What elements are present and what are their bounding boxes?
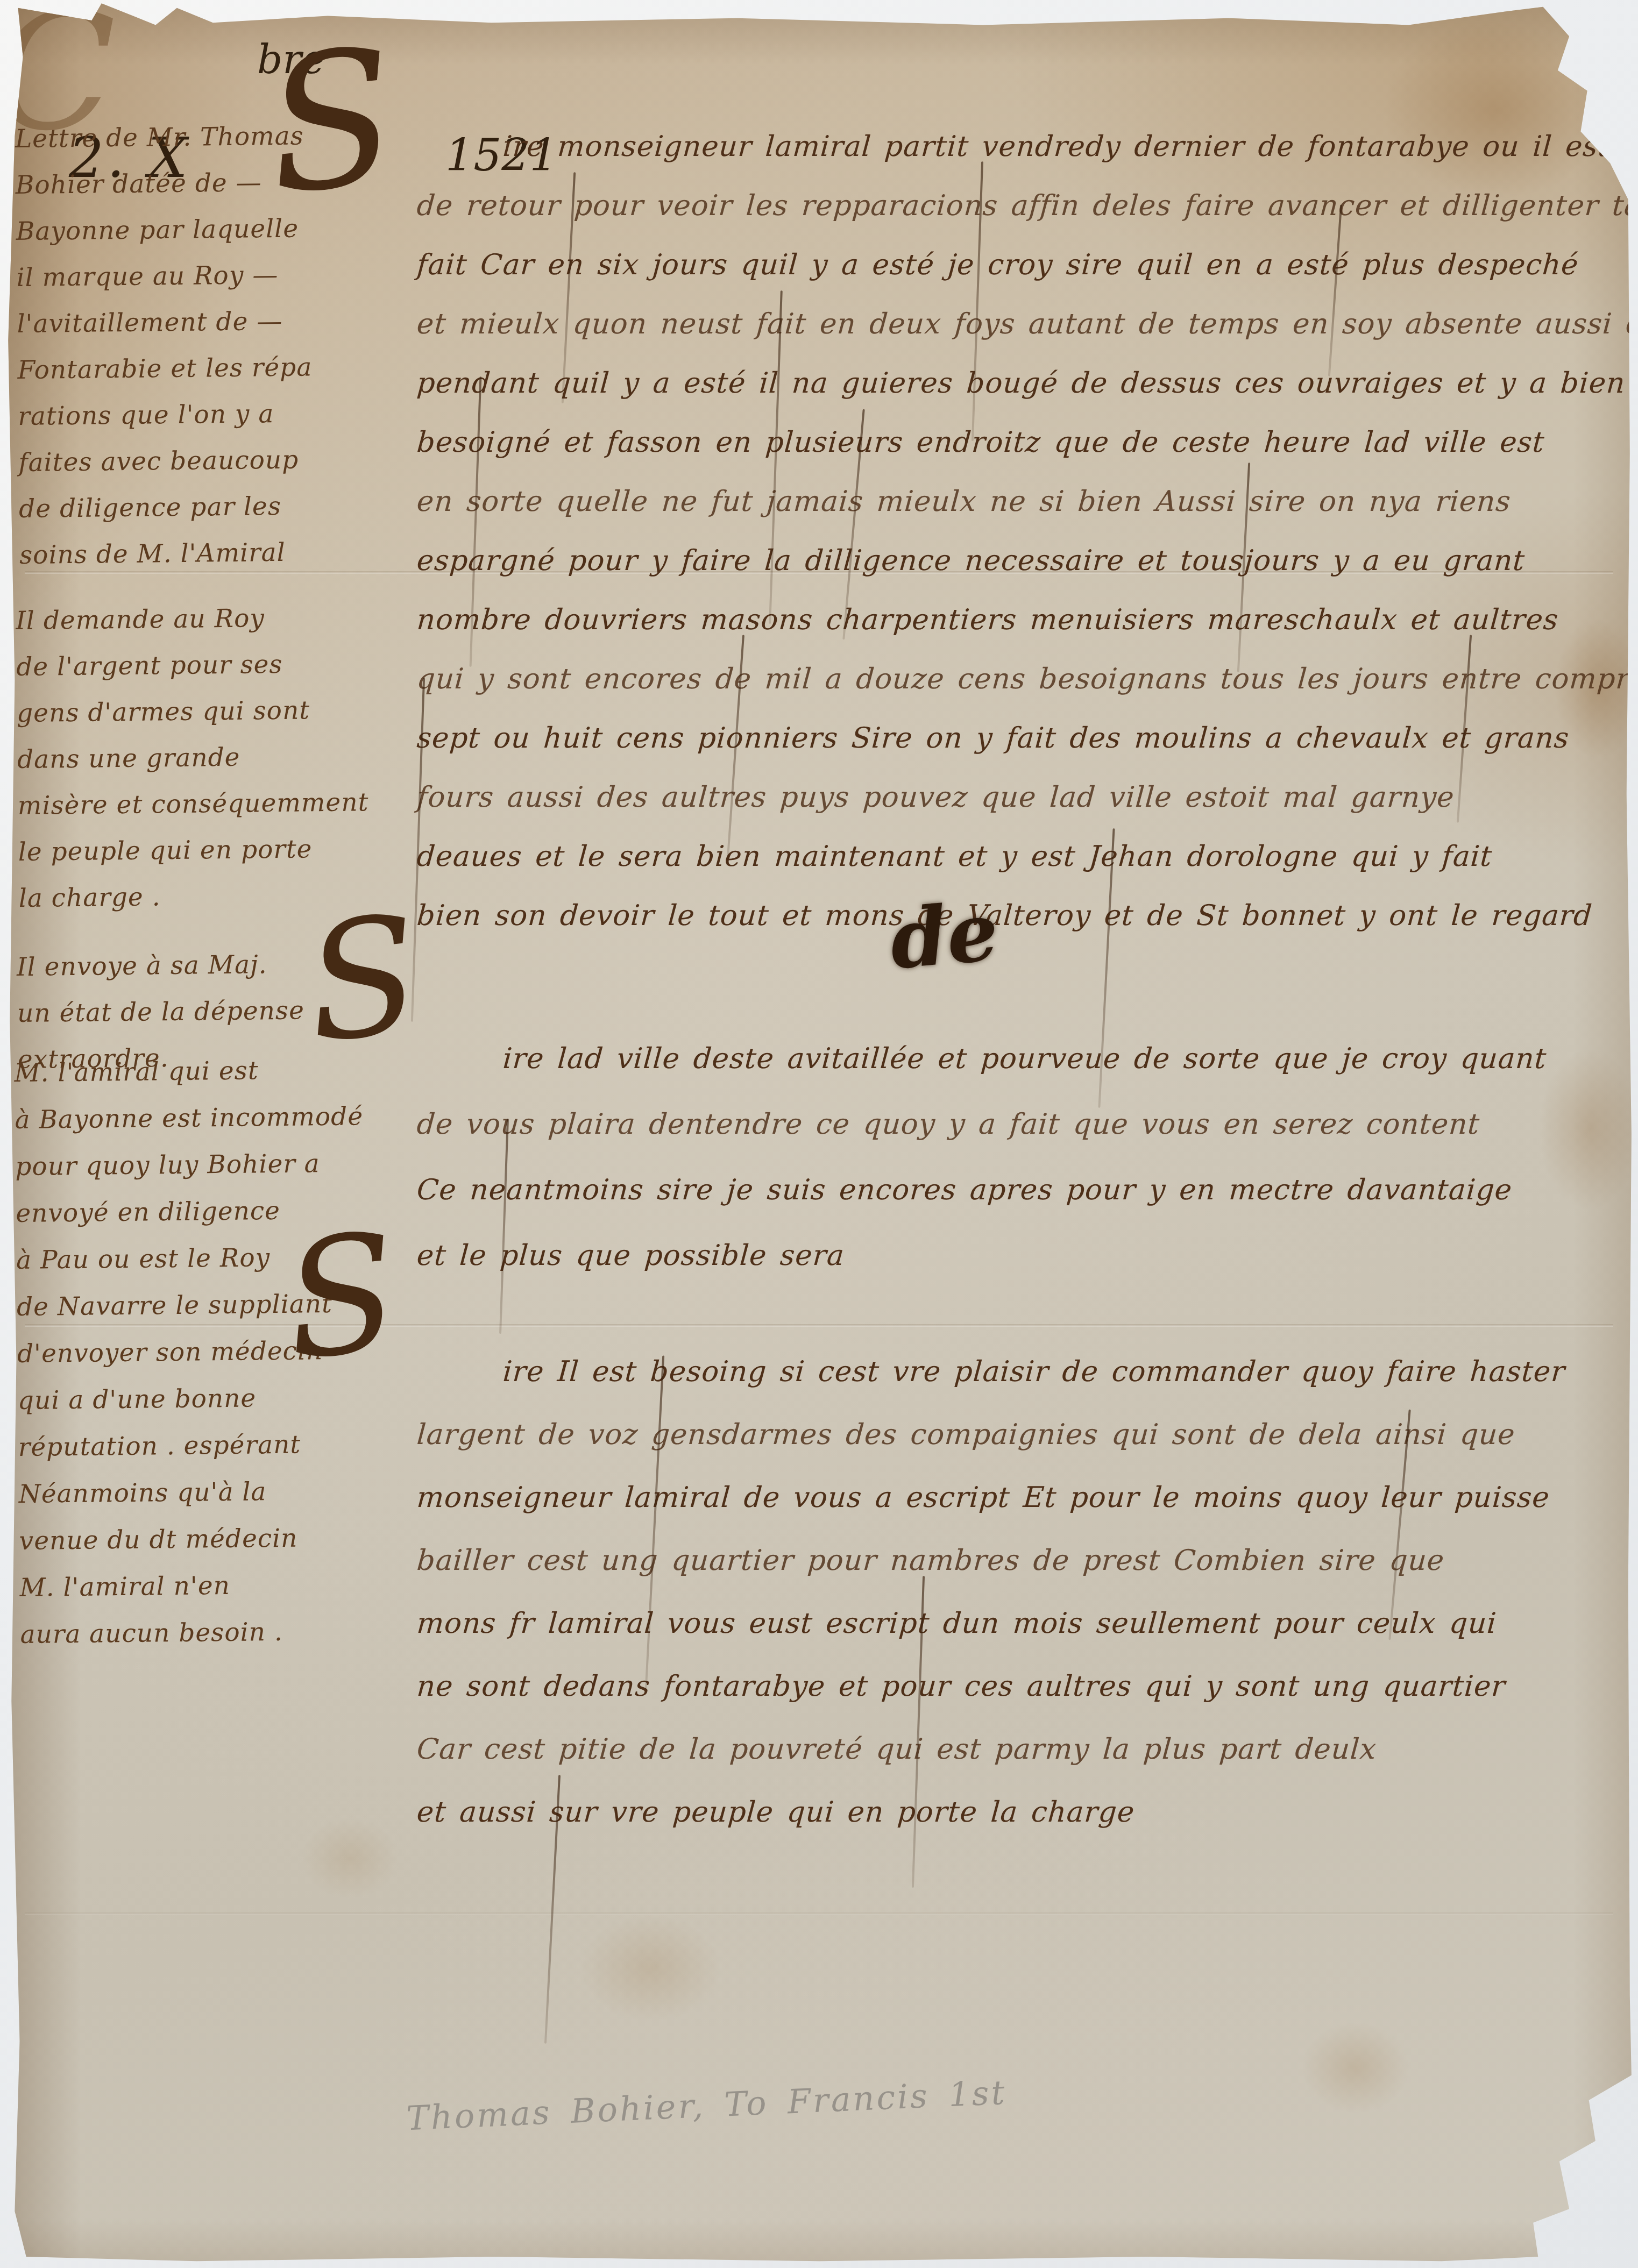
letter-line: ire monseigneur lamiral partit vendredy … [415,117,1638,176]
margin-line: soins de M. l'Amiral [19,528,439,579]
pencil-note: Thomas Bohier, To Francis 1st [406,2073,1008,2138]
letter-line: largent de voz gensdarmes des compaignie… [415,1403,1638,1466]
margin-line: M. l'amiral n'en [19,1560,439,1611]
margin-line: de l'argent pour ses [16,640,436,691]
letter-line: sept ou huit cens pionniers Sire on y fa… [415,709,1638,768]
letter-line: de vous plaira dentendre ce quoy y a fai… [415,1092,1638,1157]
letter-line: et le plus que possible sera [415,1223,1638,1289]
letter-line: Car cest pitie de la pouvreté qui est pa… [415,1718,1638,1781]
letter-paragraph-3: ire Il est besoing si cest vre plaisir d… [417,1340,1638,1844]
margin-line: rations que l'on y a [18,389,438,440]
letter-line: bailler cest ung quartier pour nambres d… [415,1529,1638,1592]
paragraph-initial: S [259,24,405,222]
manuscript-page: C 2. X bre 1521 Lettre de Mr. Thomas Boh… [0,0,1638,2268]
margin-line: l'avitaillement de — [17,297,437,347]
margin-line: misère et conséquemment [17,779,437,829]
scanned-manuscript-photo: C 2. X bre 1521 Lettre de Mr. Thomas Boh… [0,0,1638,2268]
letter-line: fours aussi des aultres puys pouvez que … [415,768,1638,827]
paragraph-initial: S [278,1211,405,1383]
letter-line: ire Il est besoing si cest vre plaisir d… [415,1340,1638,1403]
margin-line: gens d'armes qui sont [17,686,437,737]
paragraph-initial: S [300,894,427,1066]
letter-line: monseigneur lamiral de vous a escript Et… [415,1466,1638,1529]
paper-stain [1302,2022,1409,2114]
letter-line: en sorte quelle ne fut jamais mieulx ne … [415,472,1638,531]
paper-stain [581,1915,721,2022]
margin-line: le peuple qui en porte [18,825,438,876]
letter-line: fait Car en six jours quil y a esté je c… [415,236,1638,295]
margin-line: Fontarabie et les répa [17,343,437,394]
letter-paragraph-1: ire monseigneur lamiral partit vendredy … [417,117,1638,945]
margin-line: pour quoy luy Bohier a [15,1139,435,1190]
margin-summary-note-2: Il demande au Roy de l'argent pour ses g… [16,594,438,922]
margin-line: aura aucun besoin . [20,1607,440,1658]
margin-line: de diligence par les [19,482,439,532]
letter-line: qui y sont encores de mil a douze cens b… [415,650,1638,709]
letter-line: besoigné et fasson en plusieurs endroitz… [415,413,1638,472]
fold-crease [25,1912,1614,1915]
margin-line: Néanmoins qu'à la [18,1467,438,1518]
margin-line: à Bayonne est incommodé [15,1092,435,1143]
letter-line: ne sont dedans fontarabye et pour ces au… [415,1655,1638,1718]
letter-line: et mieulx quon neust fait en deux foys a… [415,295,1638,354]
margin-line: faites avec beaucoup [18,436,438,486]
margin-line: venue du dt médecin [19,1513,439,1565]
letter-line: pendant quil y a esté il na guieres boug… [415,354,1638,413]
margin-line: il marque au Roy — [16,251,436,301]
paper-edge-shadow-bottom [0,2220,1638,2268]
letter-line: Ce neantmoins sire je suis encores apres… [415,1157,1638,1223]
margin-line: réputation . espérant [18,1420,438,1471]
letter-line: bien son devoir le tout et mons de Valte… [415,886,1638,945]
ink-blot-word: de [887,884,1002,988]
paper-stain [301,1818,398,1899]
letter-line: espargné pour y faire la dilligence nece… [415,531,1638,591]
letter-line: deaues et le sera bien maintenant et y e… [415,827,1638,886]
margin-line: dans une grande [17,733,437,783]
letter-line: de retour pour veoir les repparacions af… [415,176,1638,236]
letter-line: nombre douvriers masons charpentiers men… [415,591,1638,650]
letter-paragraph-2: ire lad ville deste avitaillée et pourve… [417,1026,1638,1289]
letter-line: mons fr lamiral vous eust escript dun mo… [415,1592,1638,1655]
letter-line: ire lad ville deste avitaillée et pourve… [415,1026,1638,1092]
paper-edge-shadow-top [0,0,1638,65]
letter-line: et aussi sur vre peuple qui en porte la … [415,1781,1638,1844]
margin-line: Il demande au Roy [16,594,436,644]
